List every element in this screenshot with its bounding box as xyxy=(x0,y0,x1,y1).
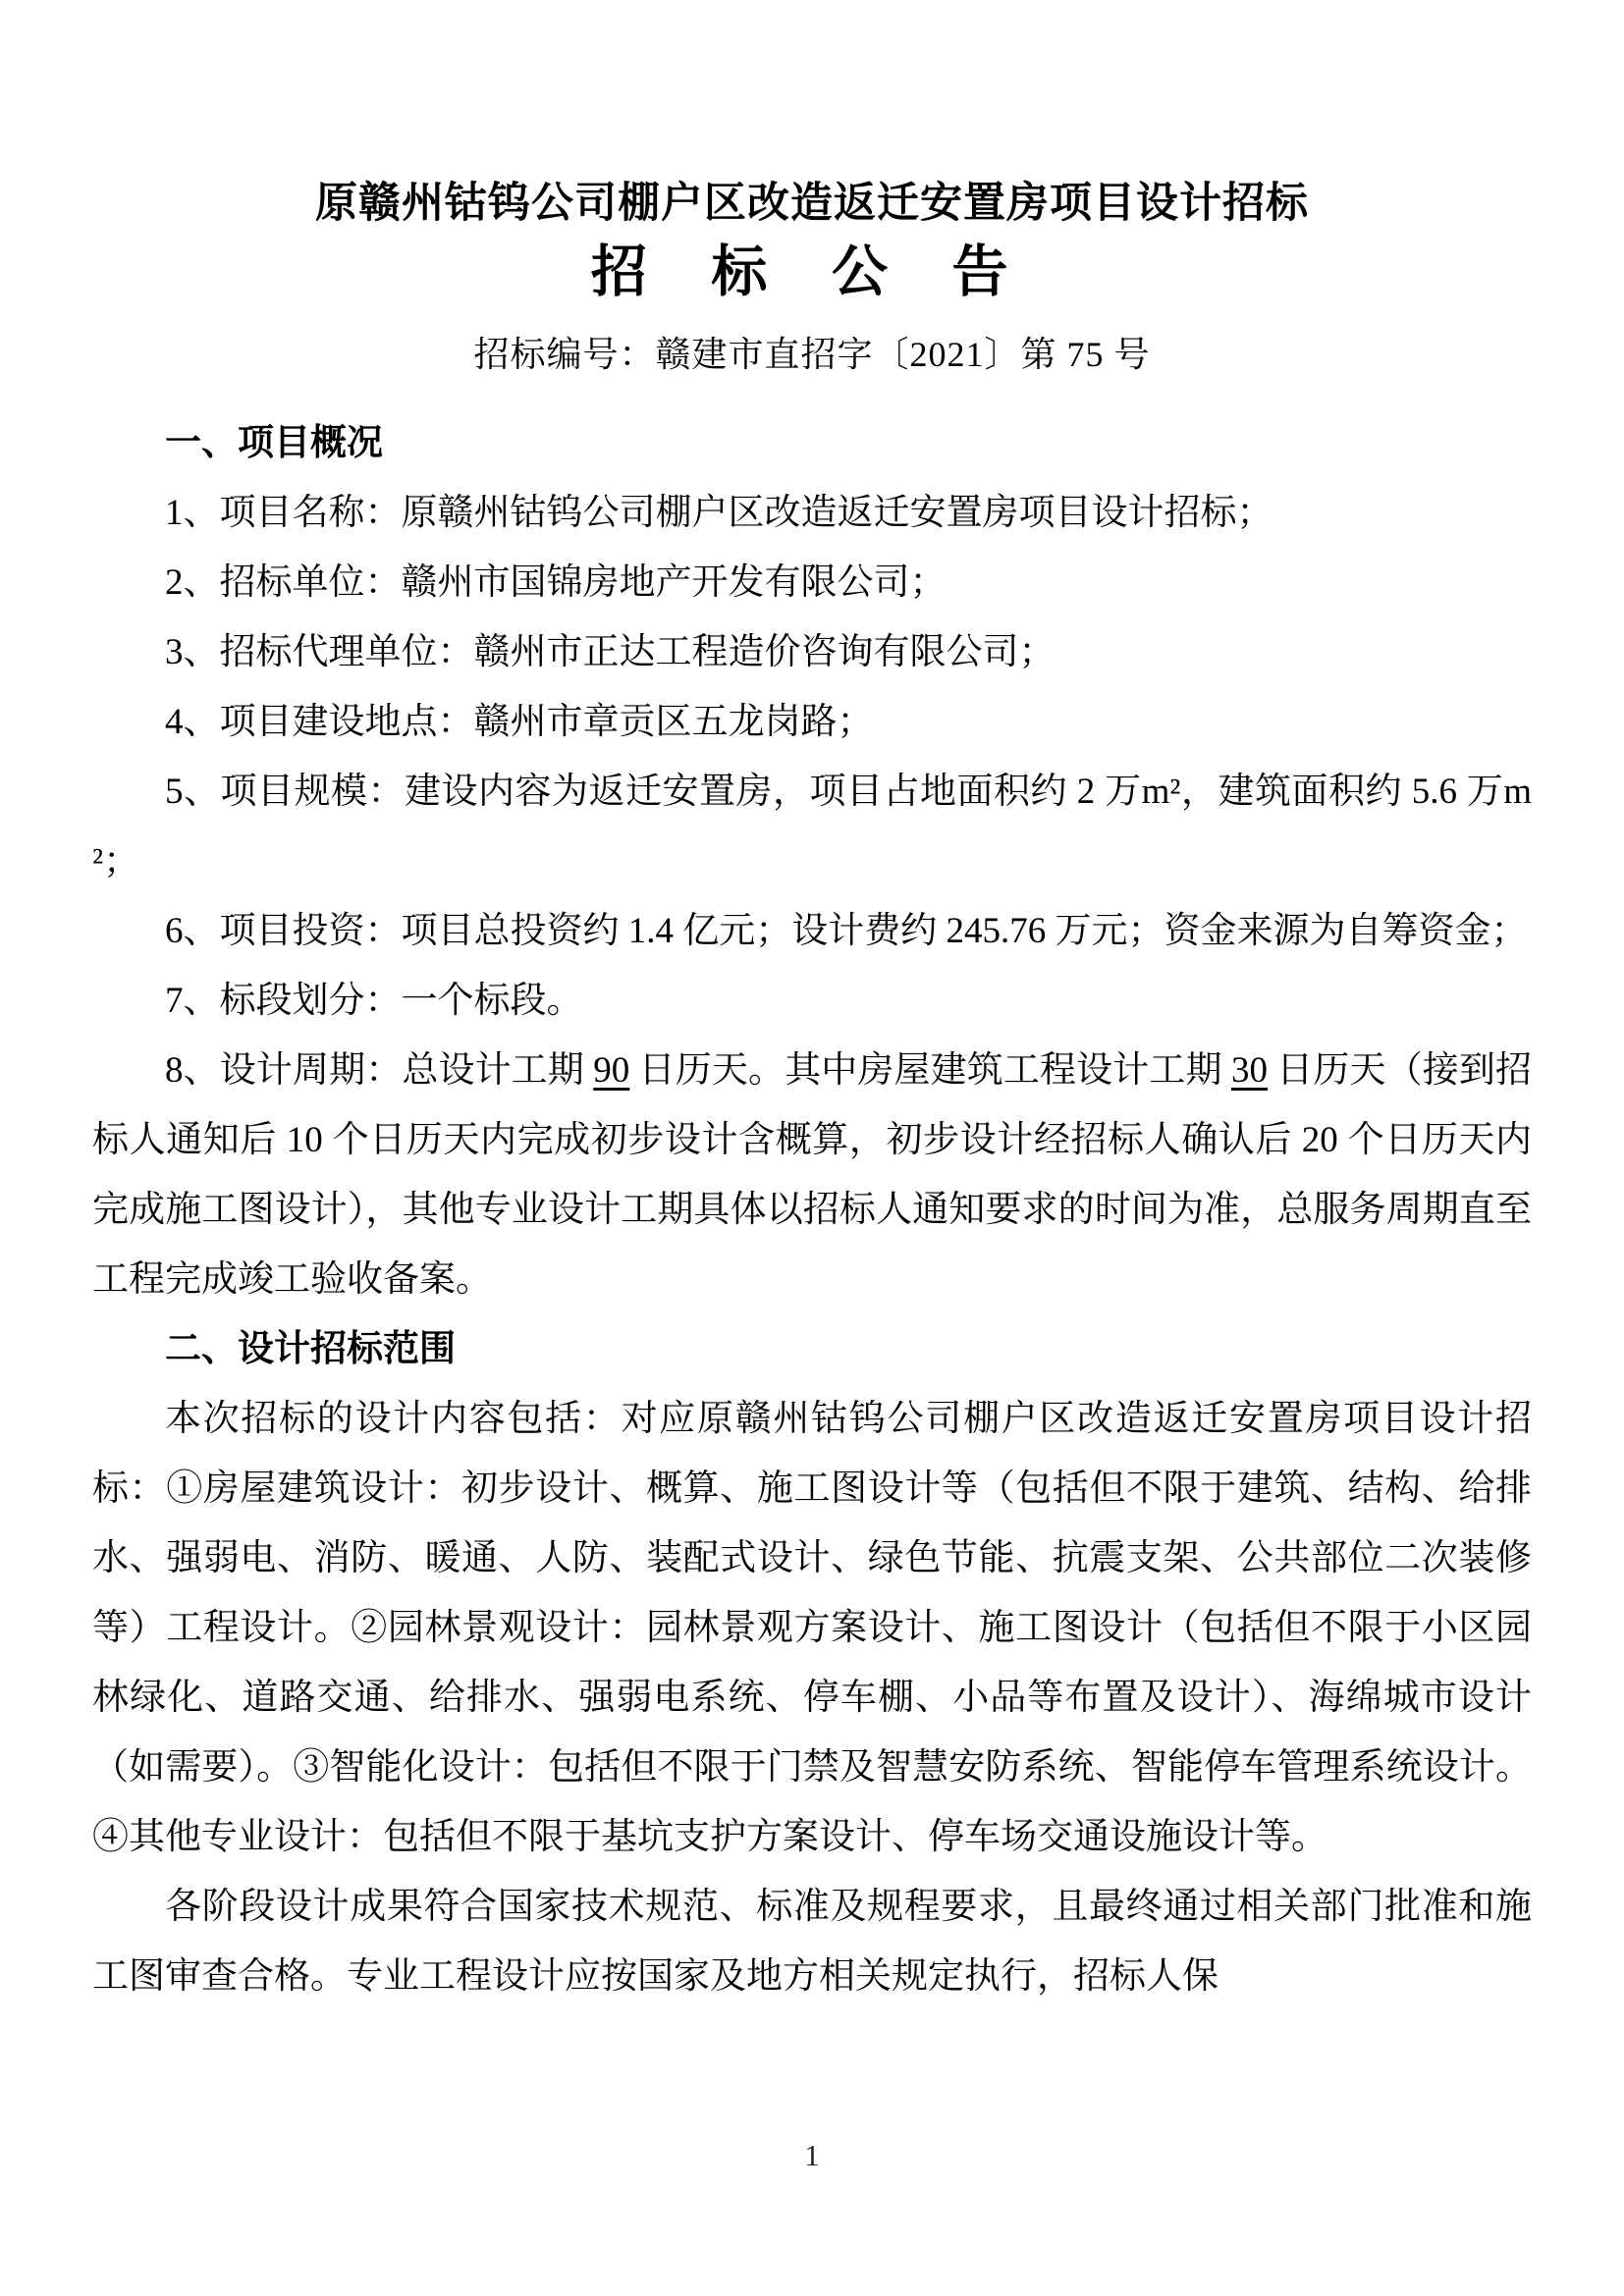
section-2-heading: 二、设计招标范围 xyxy=(92,1314,1532,1384)
document-page: 原赣州钴钨公司棚户区改造返迁安置房项目设计招标 招 标 公 告 招标编号：赣建市… xyxy=(0,0,1624,2296)
overview-item-agency: 3、招标代理单位：赣州市正达工程造价咨询有限公司； xyxy=(92,617,1532,687)
overview-item-location: 4、项目建设地点：赣州市章贡区五龙岗路； xyxy=(92,687,1532,757)
scope-paragraph-content: 本次招标的设计内容包括：对应原赣州钴钨公司棚户区改造返迁安置房项目设计招标：①房… xyxy=(92,1384,1532,1872)
design-period-text-2: 日历天。其中房屋建筑工程设计工期 xyxy=(629,1050,1231,1091)
document-title-line2: 招 标 公 告 xyxy=(0,240,1624,305)
document-title-line1: 原赣州钴钨公司棚户区改造返迁安置房项目设计招标 xyxy=(0,180,1624,229)
overview-item-design-period: 8、设计周期：总设计工期 90 日历天。其中房屋建筑工程设计工期 30 日历天（… xyxy=(92,1036,1532,1314)
document-body: 一、项目概况 1、项目名称：原赣州钴钨公司棚户区改造返迁安置房项目设计招标； 2… xyxy=(0,408,1624,2011)
scope-paragraph-standards: 各阶段设计成果符合国家技术规范、标准及规程要求，且最终通过相关部门批准和施工图审… xyxy=(92,1872,1532,2011)
overview-item-tenderee: 2、招标单位：赣州市国锦房地产开发有限公司； xyxy=(92,548,1532,617)
overview-item-project-name: 1、项目名称：原赣州钴钨公司棚户区改造返迁安置房项目设计招标； xyxy=(92,478,1532,548)
section-1-heading: 一、项目概况 xyxy=(92,408,1532,478)
design-period-total-days-underlined: 90 xyxy=(593,1050,629,1091)
overview-item-investment: 6、项目投资：项目总投资约 1.4 亿元；设计费约 245.76 万元；资金来源… xyxy=(92,896,1532,966)
document-header: 原赣州钴钨公司棚户区改造返迁安置房项目设计招标 招 标 公 告 招标编号：赣建市… xyxy=(0,0,1624,376)
design-period-building-days-underlined: 30 xyxy=(1231,1050,1268,1091)
design-period-text-1: 8、设计周期：总设计工期 xyxy=(165,1050,593,1091)
overview-item-lots: 7、标段划分：一个标段。 xyxy=(92,966,1532,1036)
overview-item-scale: 5、项目规模：建设内容为返迁安置房，项目占地面积约 2 万m²，建筑面积约 5.… xyxy=(92,757,1532,896)
page-number: 1 xyxy=(0,2138,1624,2173)
tender-number-line: 招标编号：赣建市直招字〔2021〕第 75 号 xyxy=(0,333,1624,376)
